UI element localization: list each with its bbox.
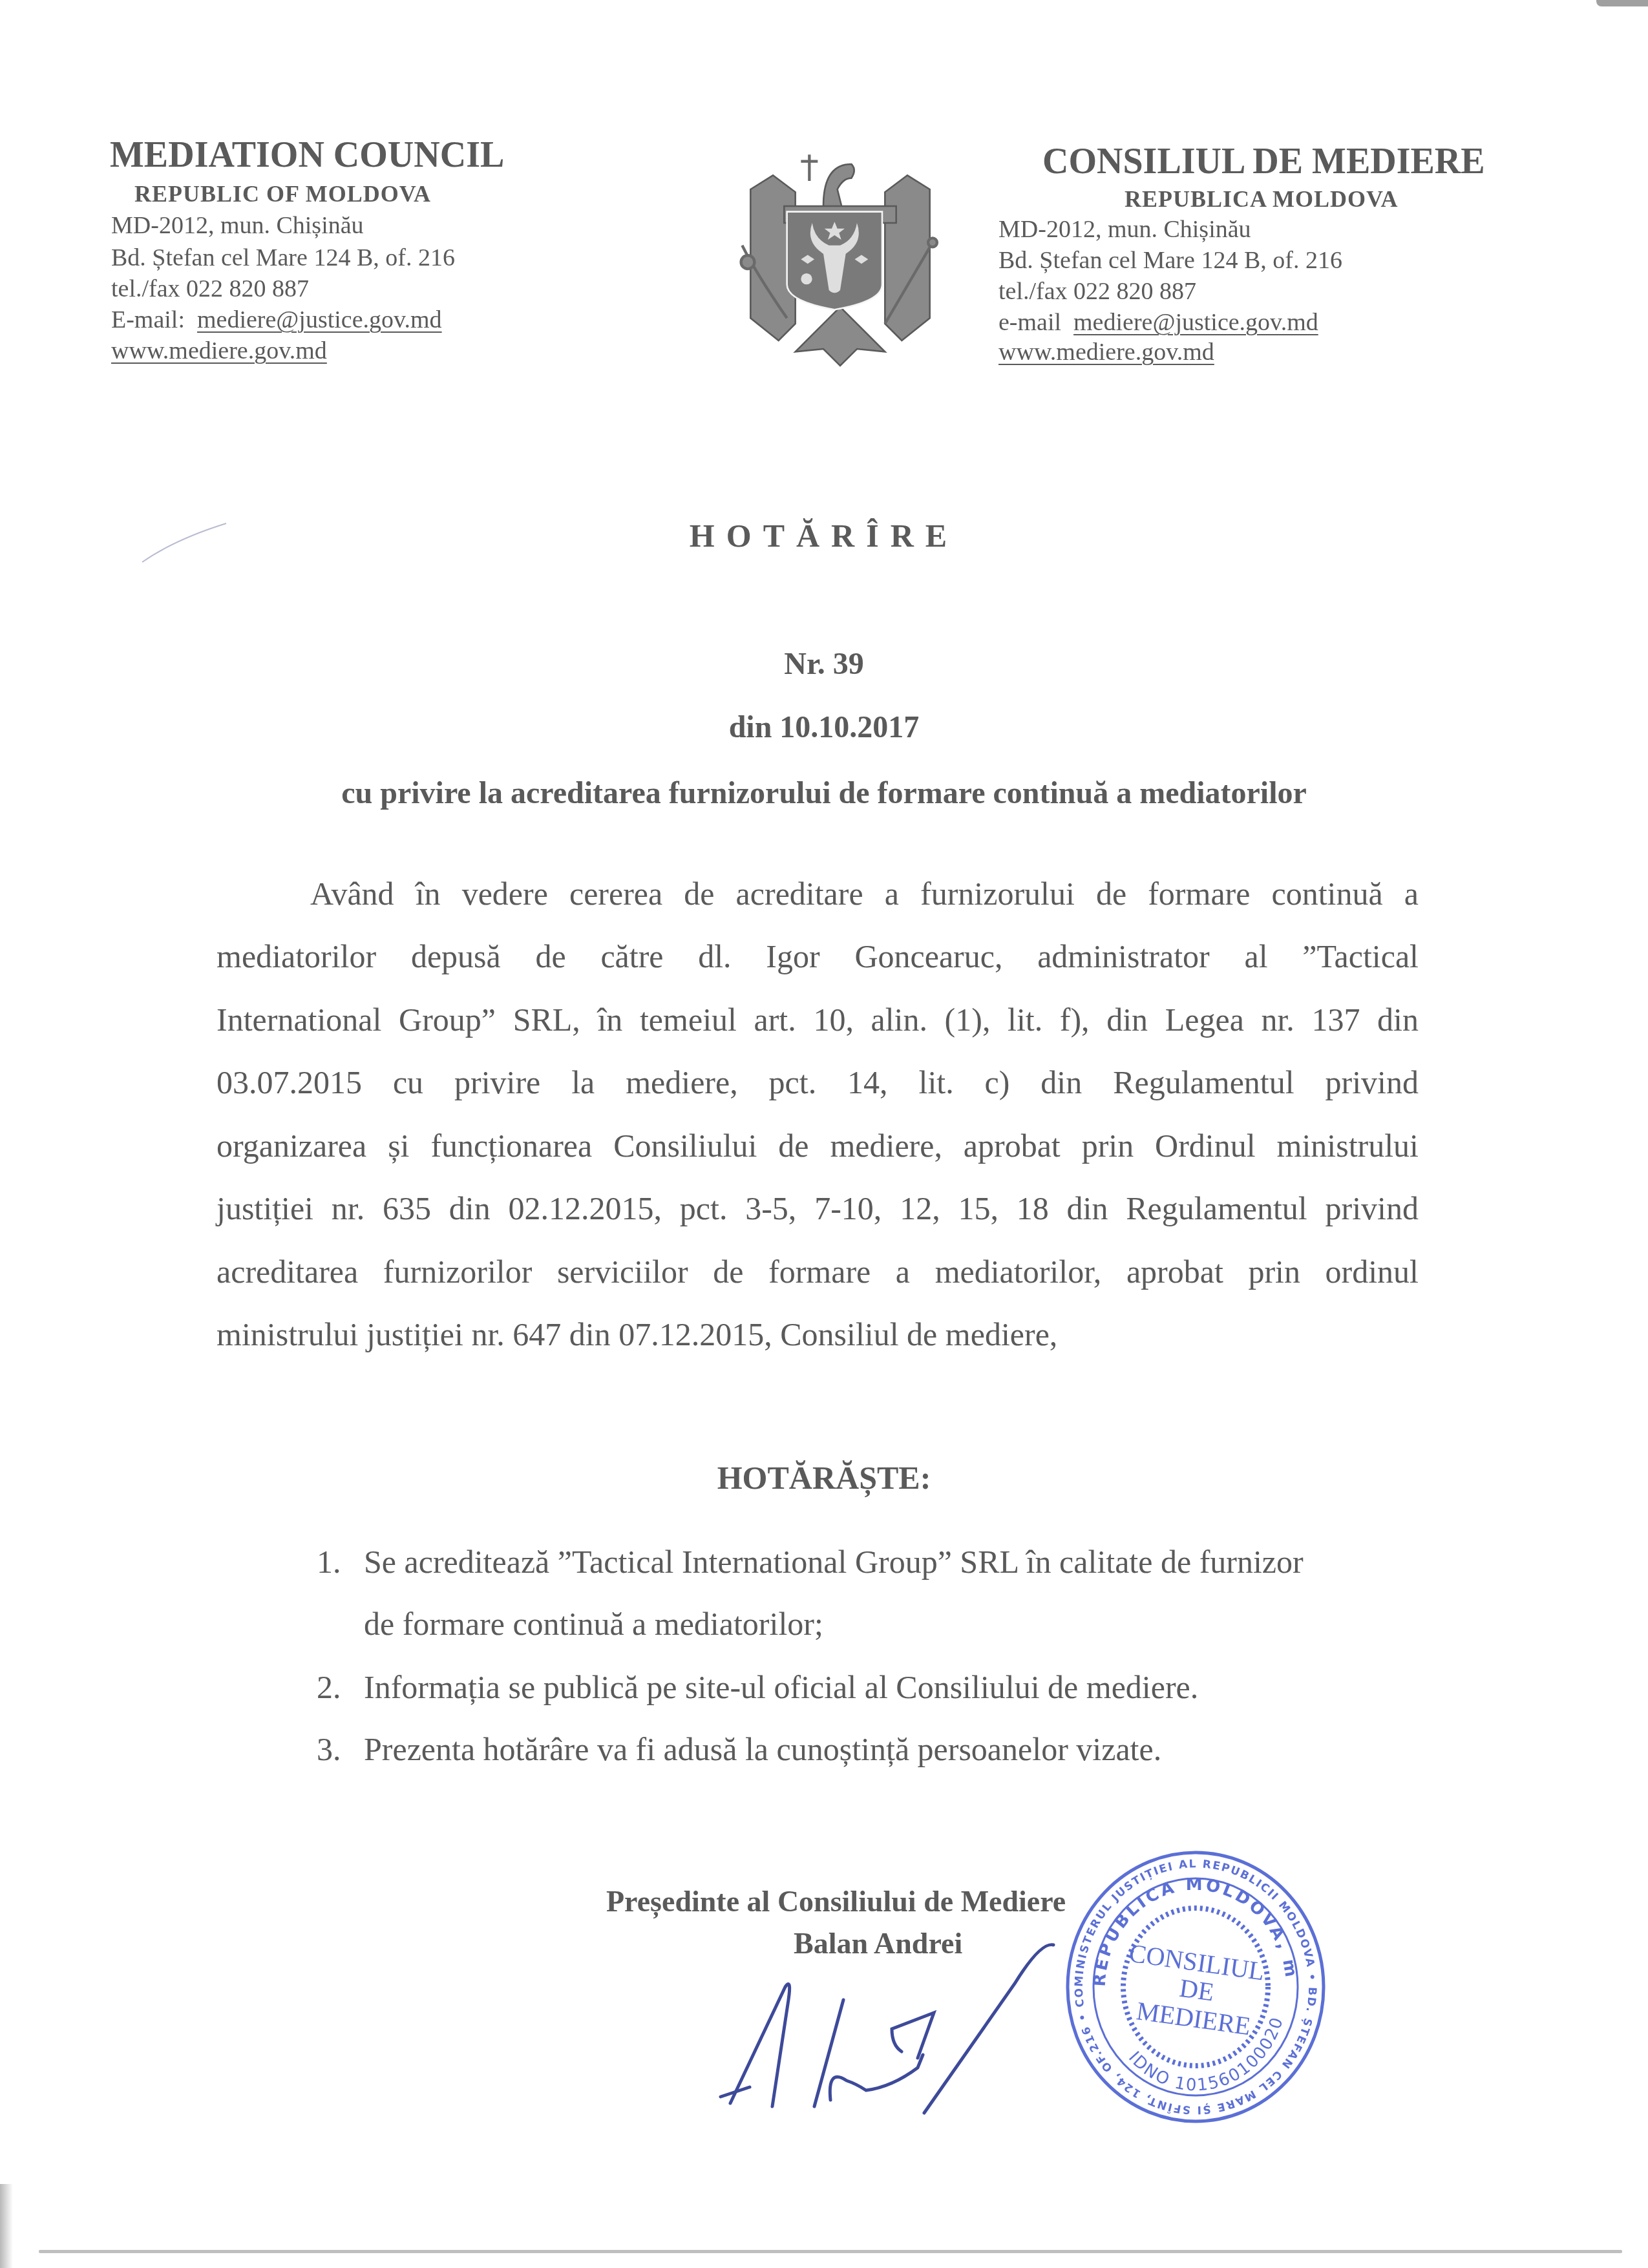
item-text: de formare continuă a mediatorilor; bbox=[364, 1608, 823, 1640]
address-line-2: Bd. Ștefan cel Mare 124 B, of. 216 bbox=[111, 246, 455, 270]
item-number: 2. bbox=[317, 1671, 341, 1703]
org-subtitle-ro: REPUBLICA MOLDOVA bbox=[1125, 187, 1398, 211]
handwritten-signature-icon bbox=[679, 1913, 1066, 2158]
page-edge-bottom bbox=[39, 2250, 1622, 2253]
page-edge-top-right bbox=[1596, 0, 1648, 6]
item-number: 3. bbox=[317, 1733, 341, 1765]
email-label: E-mail: bbox=[111, 306, 185, 333]
preamble-line: acreditarea furnizorilor serviciilor de … bbox=[217, 1255, 1419, 1288]
address-line-2-ro: Bd. Ștefan cel Mare 124 B, of. 216 bbox=[998, 248, 1342, 273]
email-label-ro: e-mail bbox=[998, 309, 1061, 336]
org-subtitle-en: REPUBLIC OF MOLDOVA bbox=[134, 182, 431, 205]
email-line-ro: e-mail mediere@justice.gov.md bbox=[998, 310, 1318, 335]
document-date: din 10.10.2017 bbox=[0, 709, 1648, 745]
item-text: Informația se publică pe site-ul oficial… bbox=[364, 1671, 1198, 1703]
emblem bbox=[714, 139, 966, 391]
item-text: Se acreditează ”Tactical International G… bbox=[364, 1546, 1304, 1578]
preamble-line: organizarea și funcționarea Consiliului … bbox=[217, 1129, 1419, 1162]
decision-heading: HOTĂRĂȘTE: bbox=[0, 1459, 1648, 1496]
document-number: Nr. 39 bbox=[0, 646, 1648, 682]
website-link-ro[interactable]: www.mediere.gov.md bbox=[998, 340, 1214, 364]
item-text: Prezenta hotărâre va fi adusă la cunoști… bbox=[364, 1733, 1161, 1765]
document-subject: cu privire la acreditarea furnizorului d… bbox=[0, 775, 1648, 811]
preamble-line: 03.07.2015 cu privire la mediere, pct. 1… bbox=[217, 1066, 1419, 1098]
phone-line-ro: tel./fax 022 820 887 bbox=[998, 279, 1196, 304]
email-link-ro[interactable]: mediere@justice.gov.md bbox=[1073, 309, 1318, 336]
phone-line: tel./fax 022 820 887 bbox=[111, 277, 309, 301]
org-title-en: MEDIATION COUNCIL bbox=[110, 137, 504, 173]
preamble-line: justiției nr. 635 din 02.12.2015, pct. 3… bbox=[217, 1192, 1419, 1224]
preamble-line: Având în vedere cererea de acreditare a … bbox=[310, 877, 1419, 910]
page-edge-bottom-left bbox=[0, 2184, 13, 2268]
preamble-line: International Group” SRL, în temeiul art… bbox=[217, 1003, 1419, 1036]
item-number: 1. bbox=[317, 1546, 341, 1578]
address-line-1-ro: MD-2012, mun. Chișinău bbox=[998, 217, 1251, 242]
email-link[interactable]: mediere@justice.gov.md bbox=[197, 306, 442, 333]
document-type: HOTĂRÎRE bbox=[0, 517, 1648, 554]
address-line-1: MD-2012, mun. Chișinău bbox=[111, 213, 364, 238]
moldova-coat-of-arms-icon bbox=[714, 139, 966, 391]
org-title-ro: CONSILIUL DE MEDIERE bbox=[1042, 143, 1485, 180]
official-stamp: MINISTERUL JUSTIȚIEI AL REPUBLICII MOLDO… bbox=[1060, 1845, 1331, 2129]
email-line: E-mail: mediere@justice.gov.md bbox=[111, 308, 442, 332]
website-link[interactable]: www.mediere.gov.md bbox=[111, 339, 327, 363]
preamble-line: mediatorilor depusă de către dl. Igor Go… bbox=[217, 940, 1419, 972]
preamble-line: ministrului justiției nr. 647 din 07.12.… bbox=[217, 1318, 1419, 1350]
